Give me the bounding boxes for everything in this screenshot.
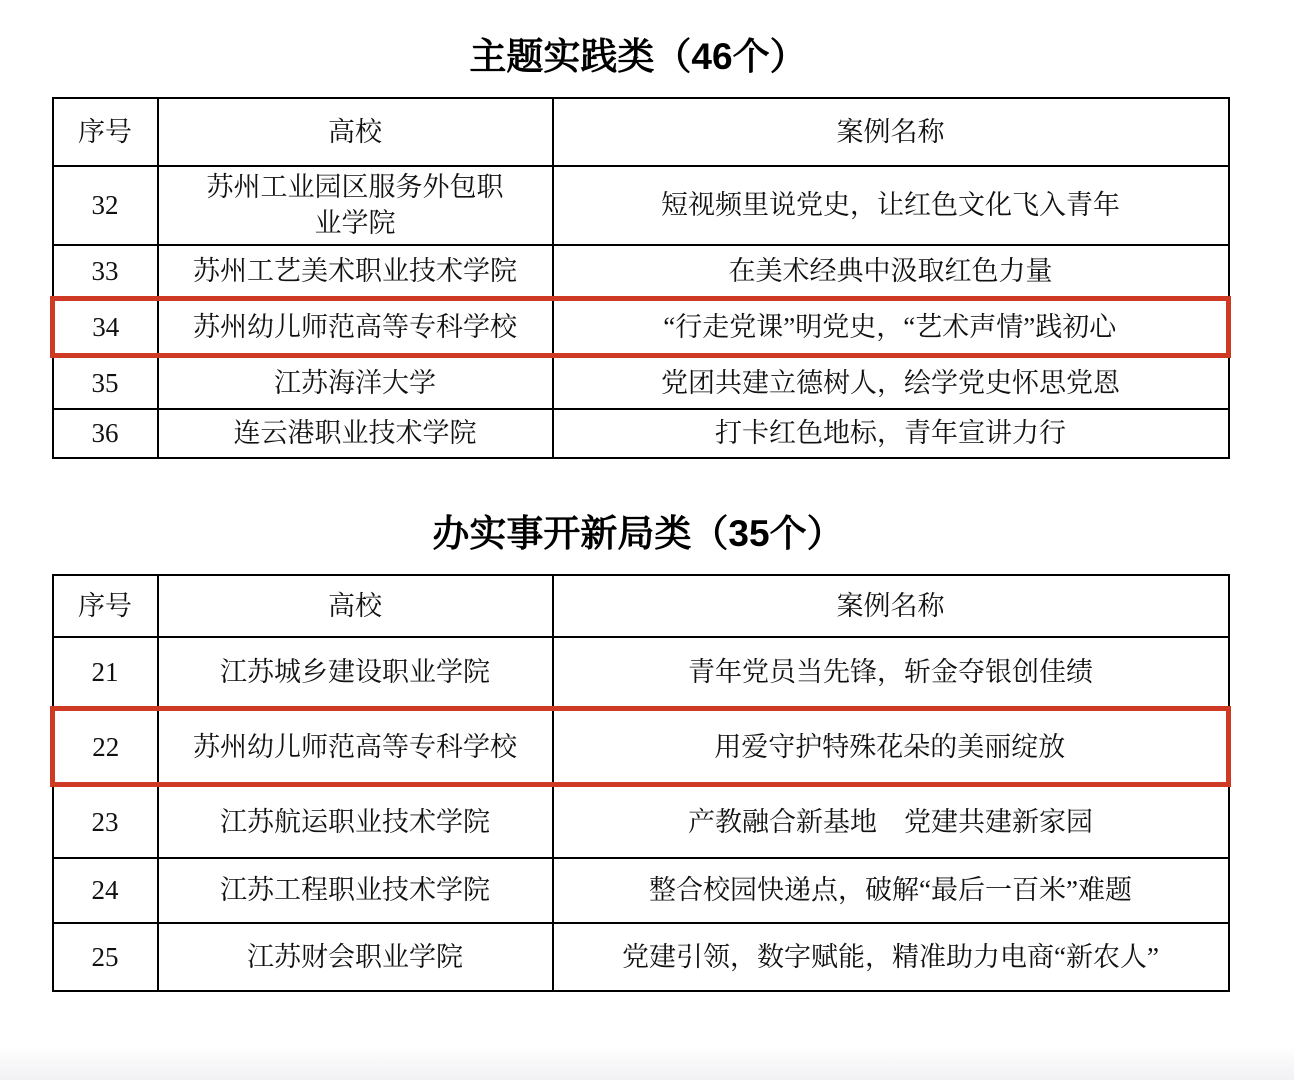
- header-index: 序号: [53, 98, 158, 166]
- cell-school: 连云港职业技术学院: [158, 409, 553, 458]
- table-row: 35 江苏海洋大学 党团共建立德树人，绘学党史怀思党恩: [53, 356, 1229, 409]
- cell-index: 35: [53, 356, 158, 409]
- cell-school: 苏州工艺美术职业技术学院: [158, 245, 553, 299]
- table-header-row: 序号 高校 案例名称: [53, 98, 1229, 166]
- table-row: 21 江苏城乡建设职业学院 青年党员当先锋，斩金夺银创佳绩: [53, 637, 1229, 709]
- table-practical-work: 序号 高校 案例名称 21 江苏城乡建设职业学院 青年党员当先锋，斩金夺银创佳绩…: [50, 574, 1231, 992]
- cell-case: 青年党员当先锋，斩金夺银创佳绩: [553, 637, 1229, 709]
- cell-index: 33: [53, 245, 158, 299]
- table-theme-practice: 序号 高校 案例名称 32 苏州工业园区服务外包职 业学院 短视频里说党史，让红…: [50, 97, 1231, 459]
- cell-case: 短视频里说党史，让红色文化飞入青年: [553, 166, 1229, 245]
- table-header-row: 序号 高校 案例名称: [53, 575, 1229, 637]
- cell-index: 25: [53, 923, 158, 991]
- cell-case: 党建引领，数字赋能，精准助力电商“新农人”: [553, 923, 1229, 991]
- header-case: 案例名称: [553, 575, 1229, 637]
- table-row: 32 苏州工业园区服务外包职 业学院 短视频里说党史，让红色文化飞入青年: [53, 166, 1229, 245]
- cell-school: 江苏财会职业学院: [158, 923, 553, 991]
- cell-school: 苏州幼儿师范高等专科学校: [158, 299, 553, 356]
- cell-school: 苏州工业园区服务外包职 业学院: [158, 166, 553, 245]
- cell-school: 江苏城乡建设职业学院: [158, 637, 553, 709]
- cell-index: 23: [53, 785, 158, 858]
- cell-case: 党团共建立德树人，绘学党史怀思党恩: [553, 356, 1229, 409]
- cell-index: 21: [53, 637, 158, 709]
- table-row: 33 苏州工艺美术职业技术学院 在美术经典中汲取红色力量: [53, 245, 1229, 299]
- header-index: 序号: [53, 575, 158, 637]
- cell-index: 34: [53, 299, 158, 356]
- header-school: 高校: [158, 575, 553, 637]
- cell-index: 32: [53, 166, 158, 245]
- cell-case: 整合校园快递点，破解“最后一百米”难题: [553, 858, 1229, 923]
- cell-school: 江苏工程职业技术学院: [158, 858, 553, 923]
- cell-case: 用爱守护特殊花朵的美丽绽放: [553, 709, 1229, 785]
- cell-case: 产教融合新基地 党建共建新家园: [553, 785, 1229, 858]
- table-row: 36 连云港职业技术学院 打卡红色地标，青年宣讲力行: [53, 409, 1229, 458]
- cell-case: 打卡红色地标，青年宣讲力行: [553, 409, 1229, 458]
- section-title-theme-practice: 主题实践类（46个）: [50, 0, 1226, 97]
- cell-index: 22: [53, 709, 158, 785]
- table-row: 25 江苏财会职业学院 党建引领，数字赋能，精准助力电商“新农人”: [53, 923, 1229, 991]
- highlighted-row: 34 苏州幼儿师范高等专科学校 “行走党课”明党史，“艺术声情”践初心: [53, 299, 1229, 356]
- header-case: 案例名称: [553, 98, 1229, 166]
- section-title-practical-work: 办实事开新局类（35个）: [50, 459, 1226, 574]
- header-school: 高校: [158, 98, 553, 166]
- highlighted-row: 22 苏州幼儿师范高等专科学校 用爱守护特殊花朵的美丽绽放: [53, 709, 1229, 785]
- cell-school: 苏州幼儿师范高等专科学校: [158, 709, 553, 785]
- cell-case: 在美术经典中汲取红色力量: [553, 245, 1229, 299]
- cell-case: “行走党课”明党史，“艺术声情”践初心: [553, 299, 1229, 356]
- cell-index: 36: [53, 409, 158, 458]
- page-bottom-fade: [0, 1046, 1294, 1080]
- table-row: 23 江苏航运职业技术学院 产教融合新基地 党建共建新家园: [53, 785, 1229, 858]
- cell-school: 江苏航运职业技术学院: [158, 785, 553, 858]
- cell-index: 24: [53, 858, 158, 923]
- cell-school: 江苏海洋大学: [158, 356, 553, 409]
- table-row: 24 江苏工程职业技术学院 整合校园快递点，破解“最后一百米”难题: [53, 858, 1229, 923]
